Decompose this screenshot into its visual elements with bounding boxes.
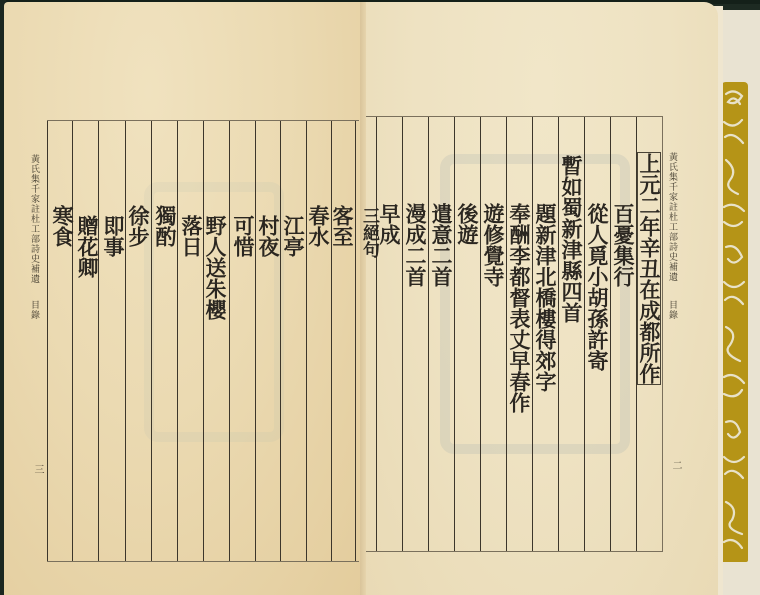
toc-entry: 三絕句 — [358, 207, 380, 258]
margin-section-label: 目錄 — [666, 300, 679, 320]
toc-entry: 寒食 — [51, 205, 73, 247]
toc-entry: 可惜 — [232, 215, 254, 257]
ochre-patterned-strip — [720, 82, 748, 562]
toc-entry: 暫如蜀新津縣四首 — [560, 155, 582, 323]
left-page: 黃氏集千家註杜工部詩史補遺 目錄 三 客至 春水 江亭 村夜 可惜 野人送朱櫻 … — [4, 2, 366, 595]
toc-entry: 獨酌 — [154, 205, 176, 247]
toc-heading: 上元二年辛丑在成都所作 — [638, 153, 660, 384]
toc-entry: 春水 — [307, 205, 329, 247]
margin-book-title: 黃氏集千家註杜工部詩史補遺 — [28, 154, 41, 284]
toc-entry: 百憂集行 — [612, 203, 634, 287]
toc-entry: 即事 — [102, 215, 124, 257]
margin-section-label: 目錄 — [28, 300, 41, 320]
toc-entry: 贈花卿 — [76, 215, 98, 278]
toc-entry: 早成 — [378, 203, 400, 245]
page-number: 二 — [668, 460, 683, 470]
left-page-frame: 客至 春水 江亭 村夜 可惜 野人送朱櫻 落日 獨酌 徐步 即事 贈花卿 寒食 — [47, 120, 359, 562]
toc-entry: 落日 — [180, 215, 202, 257]
toc-entry: 江亭 — [282, 215, 304, 257]
toc-entry: 遊修覺寺 — [482, 203, 504, 287]
right-page-frame: 上元二年辛丑在成都所作 百憂集行 從人覓小胡孫許寄 暫如蜀新津縣四首 題新津北橋… — [366, 116, 663, 552]
toc-entry: 村夜 — [257, 215, 279, 257]
right-page: 上元二年辛丑在成都所作 百憂集行 從人覓小胡孫許寄 暫如蜀新津縣四首 題新津北橋… — [366, 2, 718, 595]
page-number: 三 — [30, 464, 45, 474]
toc-entry: 後遊 — [456, 203, 478, 245]
toc-entry: 客至 — [331, 205, 353, 247]
toc-entry: 徐步 — [127, 205, 149, 247]
toc-entry: 遣意二首 — [430, 203, 452, 287]
toc-entry: 奉酬李都督表丈早春作 — [508, 203, 530, 413]
toc-entry: 野人送朱櫻 — [204, 215, 226, 320]
toc-entry: 從人覓小胡孫許寄 — [586, 203, 608, 371]
margin-book-title: 黃氏集千家註杜工部詩史補遺 — [666, 152, 679, 282]
toc-entry: 漫成二首 — [404, 203, 426, 287]
toc-entry: 題新津北橋樓得郊字 — [534, 203, 556, 392]
